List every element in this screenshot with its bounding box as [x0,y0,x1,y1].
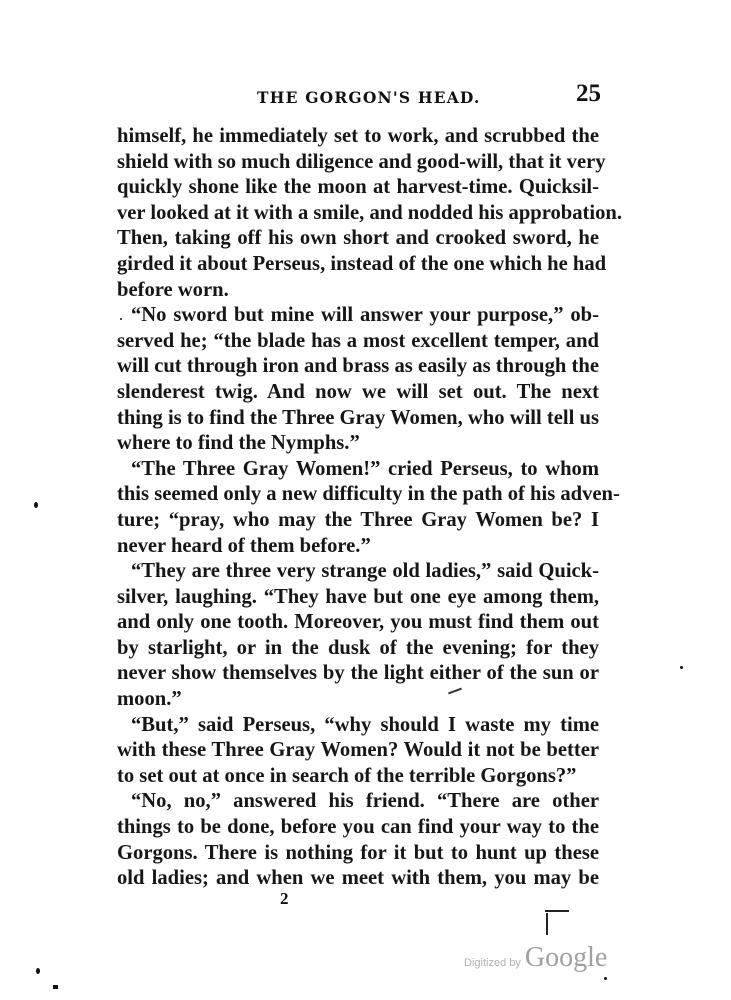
text-line: thing is to find the Three Gray Women, w… [117,406,599,432]
text-line: “No sword but mine will answer your purp… [117,303,599,329]
text-line: by starlight, or in the dusk of the even… [117,636,599,662]
text-line: “The Three Gray Women!” cried Perseus, t… [117,457,599,483]
text-line: never heard of them before.” [117,534,599,560]
page-number: 25 [576,80,601,108]
text-line: “No, no,” answered his friend. “There ar… [117,789,599,815]
scan-speck [604,977,607,980]
text-line: slenderest twig. And now we will set out… [117,380,599,406]
scan-mark [545,910,569,912]
digitized-watermark: Digitized by Google [464,942,607,974]
running-title: THE GORGON'S HEAD. [257,88,481,107]
text-line: before worn. [117,278,599,304]
text-line: with these Three Gray Women? Would it no… [117,738,599,764]
text-line: moon.” [117,687,599,713]
scan-speck [36,968,40,974]
text-line: old ladies; and when we meet with them, … [117,866,599,892]
text-line: and only one tooth. Moreover, you must f… [117,610,599,636]
scan-speck [53,985,58,989]
text-line: to set out at once in search of the terr… [117,764,599,790]
text-line: served he; “the blade has a most excelle… [117,329,599,355]
text-line: never show themselves by the light eithe… [117,661,599,687]
scan-speck [680,666,683,669]
text-line: Then, taking off his own short and crook… [117,226,599,252]
text-line: silver, laughing. “They have but one eye… [117,585,599,611]
running-header: THE GORGON'S HEAD. 25 [117,80,599,110]
text-line: quickly shone like the moon at harvest-t… [117,175,599,201]
watermark-prefix: Digitized by [464,957,521,969]
text-line: “But,” said Perseus, “why should I waste… [117,713,599,739]
text-line: himself, he immediately set to work, and… [117,124,599,150]
text-line: ver looked at it with a smile, and nodde… [117,201,599,227]
scan-speck [34,502,38,508]
text-line: will cut through iron and brass as easil… [117,354,599,380]
text-line: ture; “pray, who may the Three Gray Wome… [117,508,599,534]
text-line: where to find the Nymphs.” [117,431,599,457]
text-line: this seemed only a new difficulty in the… [117,482,599,508]
text-line: girded it about Perseus, instead of the … [117,252,599,278]
text-line: Gorgons. There is nothing for it but to … [117,841,599,867]
signature-mark: 2 [280,889,289,909]
text-line: things to be done, before you can find y… [117,815,599,841]
text-line: shield with so much diligence and good-w… [117,150,599,176]
scan-mark [546,913,548,935]
scan-speck [120,318,122,320]
text-line: “They are three very strange old ladies,… [117,559,599,585]
watermark-brand: Google [525,942,607,974]
body-text: himself, he immediately set to work, and… [117,124,599,892]
